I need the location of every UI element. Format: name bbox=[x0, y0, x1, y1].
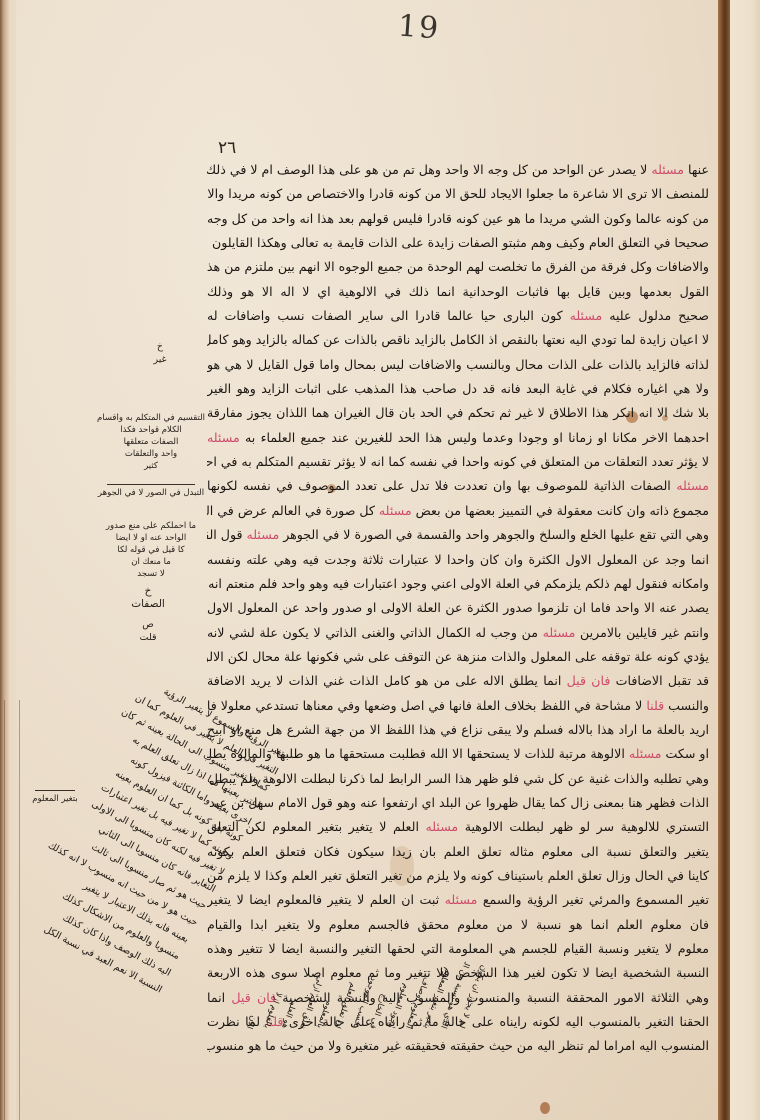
text-line: صحيح مدلول عليه مسئله كون البارى حيا عال… bbox=[207, 304, 709, 328]
text-line: اريد بالعلة ما اراد هذا بالاله فسلم ولا … bbox=[207, 718, 709, 742]
margin-note: خ غير bbox=[140, 340, 180, 366]
rubric-heading: قلنا bbox=[646, 698, 664, 713]
rubric-heading: مسئله bbox=[445, 892, 478, 907]
rubric-heading: فان قيل bbox=[567, 673, 611, 688]
rubric-heading: مسئله bbox=[629, 746, 662, 761]
ink-stain bbox=[540, 1102, 550, 1114]
text-line: مسئله الصفات الذاتية للموصوف بها وان تعد… bbox=[207, 474, 709, 498]
rubric-heading: مسئله bbox=[651, 162, 684, 177]
text-line: معلوم لا يتغير ونسبة القيام للجسم هي الم… bbox=[207, 937, 709, 961]
main-text-block: عنها مسئله لا يصدر عن الواحد من كل وجه ا… bbox=[207, 158, 709, 1059]
text-line: يصدر عنه الا واحد فاما ان تلزموا صدور ال… bbox=[207, 596, 709, 620]
text-line: وهي تطلبه والذات غنية عن كل شي فلو ظهر ه… bbox=[207, 767, 709, 791]
text-line: صحيحا في التعلق العام وكيف وهم مثبتو الص… bbox=[207, 231, 709, 255]
margin-note: التقسيم في المتكلم به واقسام الكلام قواح… bbox=[96, 412, 206, 472]
divider bbox=[107, 484, 195, 485]
rubric-heading: مسئله bbox=[425, 819, 458, 834]
rubric-heading: مسئله bbox=[570, 308, 603, 323]
margin-note: خ الصفات bbox=[118, 585, 178, 611]
text-line: وامكانه فنقول لهم ذلكم يلزمكم في العلة ا… bbox=[207, 572, 709, 596]
rubric-heading: مسئله bbox=[247, 527, 280, 542]
text-line: يتغير والتعلق نسبة الى معلوم مثاله تعلق … bbox=[207, 840, 709, 864]
text-line: الذات فظهر هنا بمعنى زال كما يقال ظهروا … bbox=[207, 791, 709, 815]
text-line: لا اعيان زايدة لما تودي اليه نعتها بالنق… bbox=[207, 328, 709, 352]
folio-number: 19 bbox=[397, 9, 442, 47]
text-line: احدهما الاخر مكانا او زمانا او وجودا وعد… bbox=[207, 426, 709, 450]
text-line: يؤدي كونه علة توقفه على المعلول والذات م… bbox=[207, 645, 709, 669]
text-line: ولا هي اغياره فكلام في غاية البعد فانه ق… bbox=[207, 377, 709, 401]
text-line: عنها مسئله لا يصدر عن الواحد من كل وجه ا… bbox=[207, 158, 709, 182]
text-line: انما وجد عن المعلول الاول الكثرة وان كان… bbox=[207, 548, 709, 572]
binding-gutter bbox=[718, 0, 730, 1120]
rubric-heading: مسئله bbox=[379, 503, 412, 518]
text-line: والنسب قلنا لا مشاحة في اللفظ بخلاف العل… bbox=[207, 694, 709, 718]
text-line: من كونه عالما وكون الشي مريدا ما هو عين … bbox=[207, 207, 709, 231]
rubric-heading: مسئله bbox=[543, 625, 576, 640]
divider bbox=[35, 790, 75, 791]
text-line: والاضافات وكل فرقة من الفرق ما تخلصت لهم… bbox=[207, 255, 709, 279]
text-line: لذاته فالزايد بالذات على الذات محال وبال… bbox=[207, 353, 709, 377]
text-line: للمنصف الا ترى الا شاعرة ما جعلوا الايجا… bbox=[207, 182, 709, 206]
text-line: كاينا في الحال وزال تعلق العلم باستيناف … bbox=[207, 864, 709, 888]
rubric-heading: مسئله bbox=[207, 430, 240, 445]
text-line: لا يؤثر تعدد التعلقات من المتعلق في كونه… bbox=[207, 450, 709, 474]
text-line: بلا شك الا انه انكر هذا الاطلاق لا غير ث… bbox=[207, 401, 709, 425]
manuscript-page: 19 ٢٦ عنها مسئله لا يصدر عن الواحد من كل… bbox=[0, 0, 760, 1120]
margin-note: ما احملكم على منع صدور الواحد عنه او لا … bbox=[96, 520, 206, 580]
rubric-heading: مسئله bbox=[676, 478, 709, 493]
text-line: مجموع ذاته وان كانت معقولة في التمييز بع… bbox=[207, 499, 709, 523]
text-line: التستري للالوهية سر لو ظهر لبطلت الالوهي… bbox=[207, 815, 709, 839]
bottom-marginal-gloss: لم لا يجوز ان يكون التعلق الذي هو نسبة ب… bbox=[210, 960, 480, 1040]
text-line: فان معلوم العلم انما هو نسبة لا من معلوم… bbox=[207, 913, 709, 937]
text-line: وانتم غير قايلين بالامرين مسئله من وجب ل… bbox=[207, 621, 709, 645]
text-line: وهي التي تقع عليها الخلع والسلخ والجوهر … bbox=[207, 523, 709, 547]
text-line: تغير المسموع والمرئي تغير الرؤية والسمع … bbox=[207, 888, 709, 912]
text-line: القول بعدمها وبين قايل بها فاثبات الوحدا… bbox=[207, 280, 709, 304]
facing-page-strip bbox=[730, 0, 760, 1120]
text-line: قد تقبل الاضافات فان قيل انما يطلق الاله… bbox=[207, 669, 709, 693]
original-page-number: ٢٦ bbox=[218, 138, 236, 158]
margin-note: التبدل في الصور لا في الجوهر bbox=[96, 482, 206, 500]
margin-note: ص قلت bbox=[118, 618, 178, 644]
